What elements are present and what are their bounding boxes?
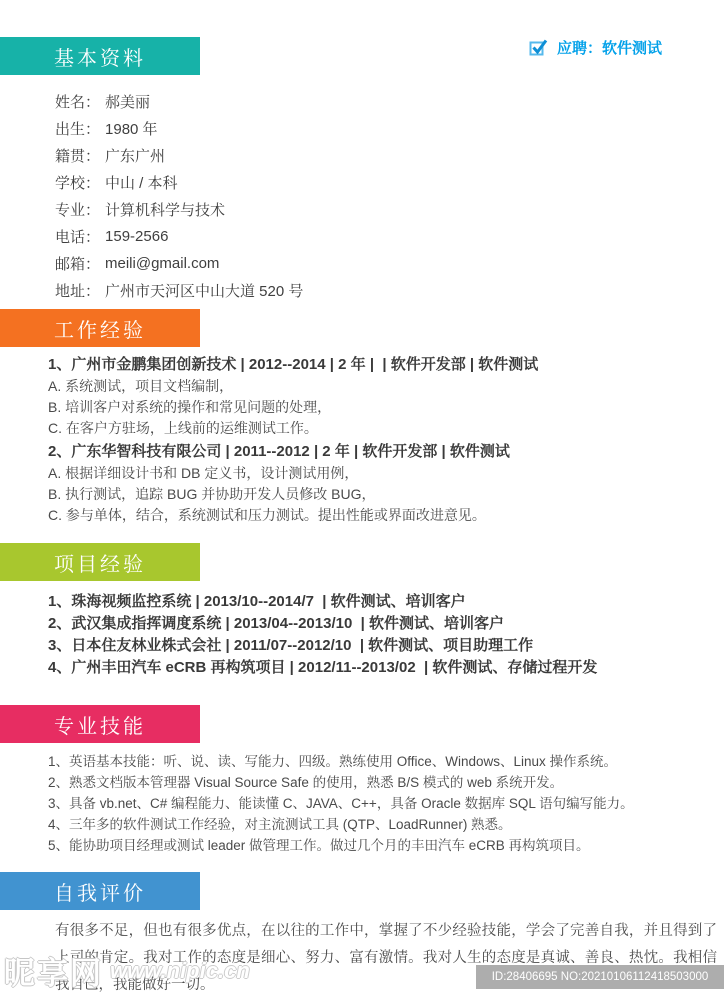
- field-label: 电话：: [55, 226, 100, 247]
- field-label: 籍贯：: [55, 145, 100, 166]
- field-row-birth: 出生： 1980 年: [55, 115, 724, 142]
- resume-page: 应聘：软件测试 基本资料 姓名： 郝美丽 出生： 1980 年 籍贯： 广东广州…: [0, 0, 724, 993]
- job-detail: A. 根据详细设计书和 DB 定义书，设计测试用例，: [48, 463, 724, 484]
- field-label: 学校：: [55, 172, 100, 193]
- skill-list: 1、英语基本技能：听、说、读、写能力、四级。熟练使用 Office、Window…: [48, 751, 724, 856]
- checkbox-checked-icon: [529, 38, 548, 57]
- basic-info-list: 姓名： 郝美丽 出生： 1980 年 籍贯： 广东广州 学校： 中山 / 本科 …: [55, 88, 724, 304]
- section-header-projects: 项目经验: [0, 543, 200, 581]
- section-title: 自我评价: [54, 877, 146, 906]
- field-label: 地址：: [55, 280, 100, 301]
- field-value: 广州市天河区中山大道 520 号: [105, 280, 303, 301]
- project-item: 3、日本住友林业株式会社 | 2011/07--2012/10 | 软件测试、项…: [48, 635, 724, 657]
- job-entry: 2、广东华智科技有限公司 | 2011--2012 | 2 年 | 软件开发部 …: [48, 441, 724, 526]
- image-id-bar: ID:28406695 NO:20210106112418503000: [476, 965, 724, 989]
- section-title: 专业技能: [54, 710, 146, 739]
- apply-banner: 应聘：软件测试: [529, 37, 662, 58]
- section-header-basic: 基本资料: [0, 37, 200, 75]
- field-value: meili@gmail.com: [105, 255, 219, 272]
- field-value: 郝美丽: [105, 91, 150, 112]
- job-detail: B. 执行测试，追踪 BUG 并协助开发人员修改 BUG，: [48, 484, 724, 505]
- field-row-name: 姓名： 郝美丽: [55, 88, 724, 115]
- skill-item: 3、具备 vb.net、C# 编程能力、能读懂 C、JAVA、C++，具备 Or…: [48, 793, 724, 814]
- field-row-major: 专业： 计算机科学与技术: [55, 196, 724, 223]
- field-label: 姓名：: [55, 91, 100, 112]
- skill-item: 5、能协助项目经理或测试 leader 做管理工作。做过几个月的丰田汽车 eCR…: [48, 835, 724, 856]
- field-value: 159-2566: [105, 228, 168, 245]
- job-detail: C. 在客户方驻场，上线前的运维测试工作。: [48, 418, 724, 439]
- project-item: 2、武汉集成指挥调度系统 | 2013/04--2013/10 | 软件测试、培…: [48, 613, 724, 635]
- job-entry: 1、广州市金鹏集团创新技术 | 2012--2014 | 2 年 | | 软件开…: [48, 354, 724, 439]
- skill-item: 4、三年多的软件测试工作经验，对主流测试工具 (QTP、LoadRunner) …: [48, 814, 724, 835]
- field-row-email: 邮箱： meili@gmail.com: [55, 250, 724, 277]
- field-value: 计算机科学与技术: [105, 199, 225, 220]
- field-label: 专业：: [55, 199, 100, 220]
- skill-item: 2、熟悉文档版本管理器 Visual Source Safe 的使用，熟悉 B/…: [48, 772, 724, 793]
- field-value: 1980 年: [105, 118, 158, 139]
- field-value: 广东广州: [105, 145, 165, 166]
- field-label: 出生：: [55, 118, 100, 139]
- job-detail: A. 系统测试，项目文档编制，: [48, 376, 724, 397]
- section-title: 工作经验: [54, 314, 146, 343]
- field-row-school: 学校： 中山 / 本科: [55, 169, 724, 196]
- field-value: 中山 / 本科: [105, 172, 178, 193]
- section-title: 项目经验: [54, 548, 146, 577]
- section-title: 基本资料: [54, 42, 146, 71]
- field-row-phone: 电话： 159-2566: [55, 223, 724, 250]
- job-detail: B. 培训客户对系统的操作和常见问题的处理，: [48, 397, 724, 418]
- section-header-work: 工作经验: [0, 309, 200, 347]
- apply-label: 应聘：软件测试: [557, 37, 662, 58]
- field-row-hometown: 籍贯： 广东广州: [55, 142, 724, 169]
- field-row-address: 地址： 广州市天河区中山大道 520 号: [55, 277, 724, 304]
- section-header-skills: 专业技能: [0, 705, 200, 743]
- job-heading: 2、广东华智科技有限公司 | 2011--2012 | 2 年 | 软件开发部 …: [48, 441, 724, 463]
- skill-item: 1、英语基本技能：听、说、读、写能力、四级。熟练使用 Office、Window…: [48, 751, 724, 772]
- section-header-self-review: 自我评价: [0, 872, 200, 910]
- project-item: 4、广州丰田汽车 eCRB 再构筑项目 | 2012/11--2013/02 |…: [48, 657, 724, 679]
- job-detail: C. 参与单体，结合，系统测试和压力测试。提出性能或界面改进意见。: [48, 505, 724, 526]
- project-item: 1、珠海视频监控系统 | 2013/10--2014/7 | 软件测试、培训客户: [48, 591, 724, 613]
- image-id-label: ID:28406695 NO:20210106112418503000: [492, 971, 709, 983]
- job-heading: 1、广州市金鹏集团创新技术 | 2012--2014 | 2 年 | | 软件开…: [48, 354, 724, 376]
- work-experience-list: 1、广州市金鹏集团创新技术 | 2012--2014 | 2 年 | | 软件开…: [48, 354, 724, 526]
- field-label: 邮箱：: [55, 253, 100, 274]
- project-list: 1、珠海视频监控系统 | 2013/10--2014/7 | 软件测试、培训客户…: [48, 591, 724, 679]
